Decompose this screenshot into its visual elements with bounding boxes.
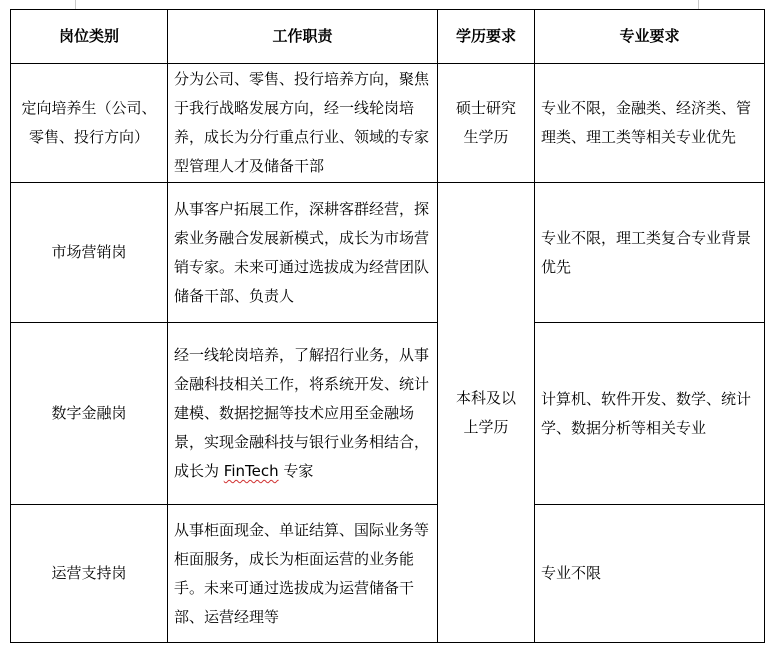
cell-category: 运营支持岗: [11, 505, 168, 643]
cell-major: 专业不限，理工类复合专业背景优先: [535, 183, 765, 323]
cell-duties: 从事柜面现金、单证结算、国际业务等柜面服务，成长为柜面运营的业务能手。未来可通过…: [168, 505, 438, 643]
duties-text: 经一线轮岗培养，了解招行业务，从事金融科技相关工作，将系统开发、统计建模、数据挖…: [174, 346, 429, 480]
page-margin-mark-left: [75, 0, 76, 9]
cell-duties: 从事客户拓展工作，深耕客群经营，探索业务融合发展新模式，成长为市场营销专家。未来…: [168, 183, 438, 323]
cell-major: 计算机、软件开发、数学、统计学、数据分析等相关专业: [535, 323, 765, 505]
spellcheck-flagged-word[interactable]: FinTech: [224, 462, 279, 480]
table-row: 定向培养生（公司、零售、投行方向） 分为公司、零售、投行培养方向，聚焦于我行战略…: [11, 64, 765, 183]
page-margin-mark-right: [698, 0, 699, 9]
table-header-row: 岗位类别 工作职责 学历要求 专业要求: [11, 10, 765, 64]
cell-education-merged: 本科及以上学历: [438, 183, 535, 643]
header-education-requirement: 学历要求: [438, 10, 535, 64]
cell-major: 专业不限: [535, 505, 765, 643]
cell-category: 数字金融岗: [11, 323, 168, 505]
duties-text-tail: 专家: [279, 462, 314, 480]
header-major-requirement: 专业要求: [535, 10, 765, 64]
table-row: 运营支持岗 从事柜面现金、单证结算、国际业务等柜面服务，成长为柜面运营的业务能手…: [11, 505, 765, 643]
cell-major: 专业不限，金融类、经济类、管理类、理工类等相关专业优先: [535, 64, 765, 183]
cell-duties: 分为公司、零售、投行培养方向，聚焦于我行战略发展方向，经一线轮岗培养，成长为分行…: [168, 64, 438, 183]
table-row: 数字金融岗 经一线轮岗培养，了解招行业务，从事金融科技相关工作，将系统开发、统计…: [11, 323, 765, 505]
cell-category: 市场营销岗: [11, 183, 168, 323]
cell-category: 定向培养生（公司、零售、投行方向）: [11, 64, 168, 183]
cell-duties: 经一线轮岗培养，了解招行业务，从事金融科技相关工作，将系统开发、统计建模、数据挖…: [168, 323, 438, 505]
header-position-category: 岗位类别: [11, 10, 168, 64]
cell-education: 硕士研究生学历: [438, 64, 535, 183]
job-requirements-table: 岗位类别 工作职责 学历要求 专业要求 定向培养生（公司、零售、投行方向） 分为…: [10, 9, 765, 643]
header-job-duties: 工作职责: [168, 10, 438, 64]
table-row: 市场营销岗 从事客户拓展工作，深耕客群经营，探索业务融合发展新模式，成长为市场营…: [11, 183, 765, 323]
